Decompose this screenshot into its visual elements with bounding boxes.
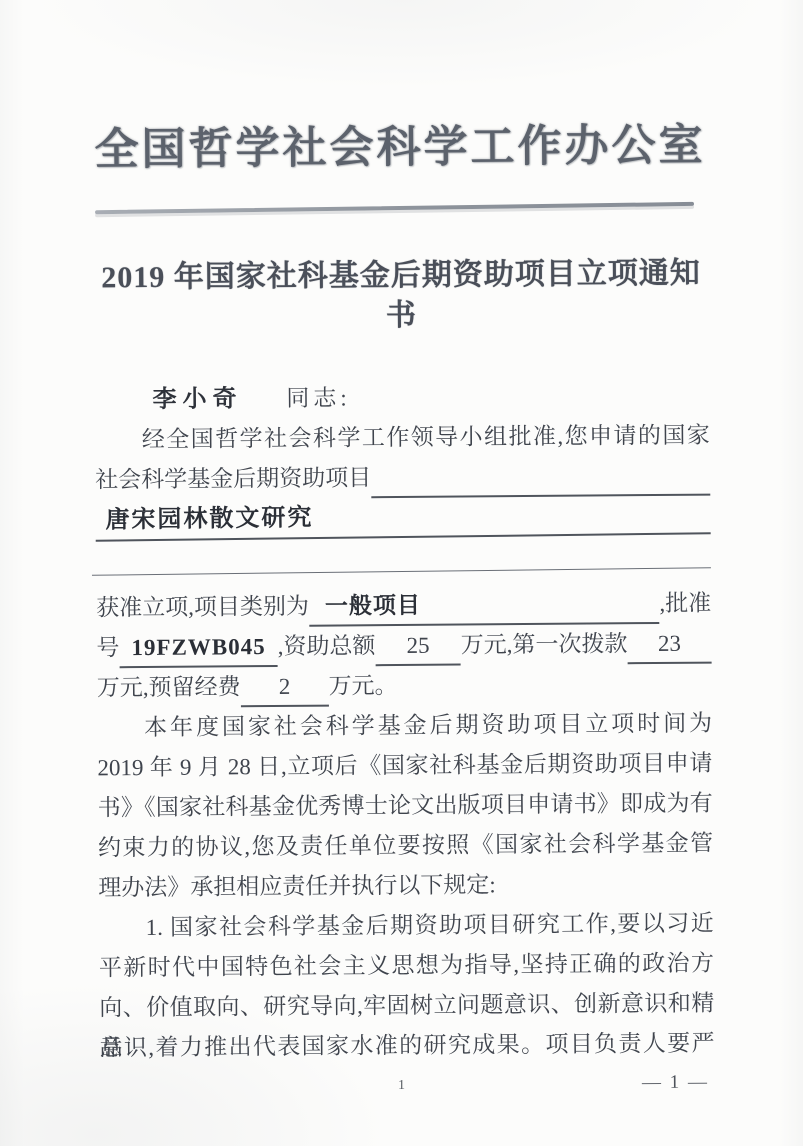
body-line: 约束力的协议,您及责任单位要按照《国家社会科学基金管: [98, 824, 713, 869]
body-line: 本年度国家社会科学基金后期资助项目立项时间为: [97, 704, 712, 749]
category-line: 获准立项,项目类别为 一般项目 ,批准: [96, 584, 711, 629]
project-title-value: 唐宋园林散文研究: [105, 505, 313, 534]
recipient-name: 李小奇: [152, 386, 242, 413]
approval-number-blank: 19FZWB045: [119, 629, 278, 668]
body-line: 意识,着力推出代表国家水准的研究成果。项目负责人要严: [99, 1024, 714, 1069]
body-line: 经全国哲学社会科学工作领导小组批准,您申请的国家: [95, 416, 710, 461]
empty-blank-line: [92, 534, 711, 576]
category-blank: 一般项目: [309, 586, 660, 627]
document-content: 全国哲学社会科学工作办公室 2019 年国家社科基金后期资助项目立项通知书 李小…: [0, 0, 803, 1146]
project-blank-prefix: 社会科学基金后期资助项目: [95, 458, 371, 500]
divider-line: [95, 202, 694, 214]
funding-line: 号 19FZWB045 ,资助总额 25 万元,第一次拨款 23: [96, 624, 711, 669]
scanned-document-page: 全国哲学社会科学工作办公室 2019 年国家社科基金后期资助项目立项通知书 李小…: [0, 0, 803, 1146]
reserved-funds-label: 万元,预留经费: [97, 667, 241, 708]
body-line: 2019 年 9 月 28 日,立项后《国家社科基金后期资助项目申请: [97, 744, 712, 789]
body-line: 向、价值取向、研究导向,牢固树立问题意识、创新意识和精品: [99, 984, 714, 1029]
reserved-funds-suffix: 万元。: [328, 666, 397, 707]
project-title-line: 社会科学基金后期资助项目: [95, 456, 710, 501]
category-suffix: ,批准: [659, 584, 711, 624]
scan-page-number: 1: [0, 1078, 803, 1094]
body-line: 书》《国家社科基金优秀博士论文出版项目申请书》即成为有: [98, 784, 713, 829]
body-line: 理办法》承担相应责任并执行以下规定:: [98, 864, 713, 909]
total-funding-label: ,资助总额: [278, 626, 376, 667]
body-line: 平新时代中国特色社会主义思想为指导,坚持正确的政治方: [99, 944, 714, 989]
reserved-funds-line: 万元,预留经费 2 万元。: [97, 664, 712, 709]
approval-number-prefix: 号: [96, 628, 119, 668]
project-title-blank-extension: [371, 458, 710, 499]
category-value: 一般项目: [325, 593, 421, 619]
total-funding-blank: 25: [375, 628, 461, 667]
letterhead: 全国哲学社会科学工作办公室: [92, 110, 708, 187]
first-payment-blank: 23: [627, 626, 711, 665]
first-payment-label: 万元,第一次拨款: [461, 624, 628, 665]
page-title: 2019 年国家社科基金后期资助项目立项通知书: [93, 254, 709, 339]
body-line: 1. 国家社会科学基金后期资助项目研究工作,要以习近: [99, 904, 714, 949]
salutation-label: 同志:: [286, 385, 351, 411]
salutation-line: 李小奇 同志:: [94, 376, 709, 421]
category-prefix: 获准立项,项目类别为: [96, 587, 309, 629]
reserved-funds-blank: 2: [240, 669, 328, 708]
document-body: 李小奇 同志: 经全国哲学社会科学工作领导小组批准,您申请的国家 社会科学基金后…: [94, 376, 714, 1069]
approval-number-value: 19FZWB045: [131, 634, 265, 660]
